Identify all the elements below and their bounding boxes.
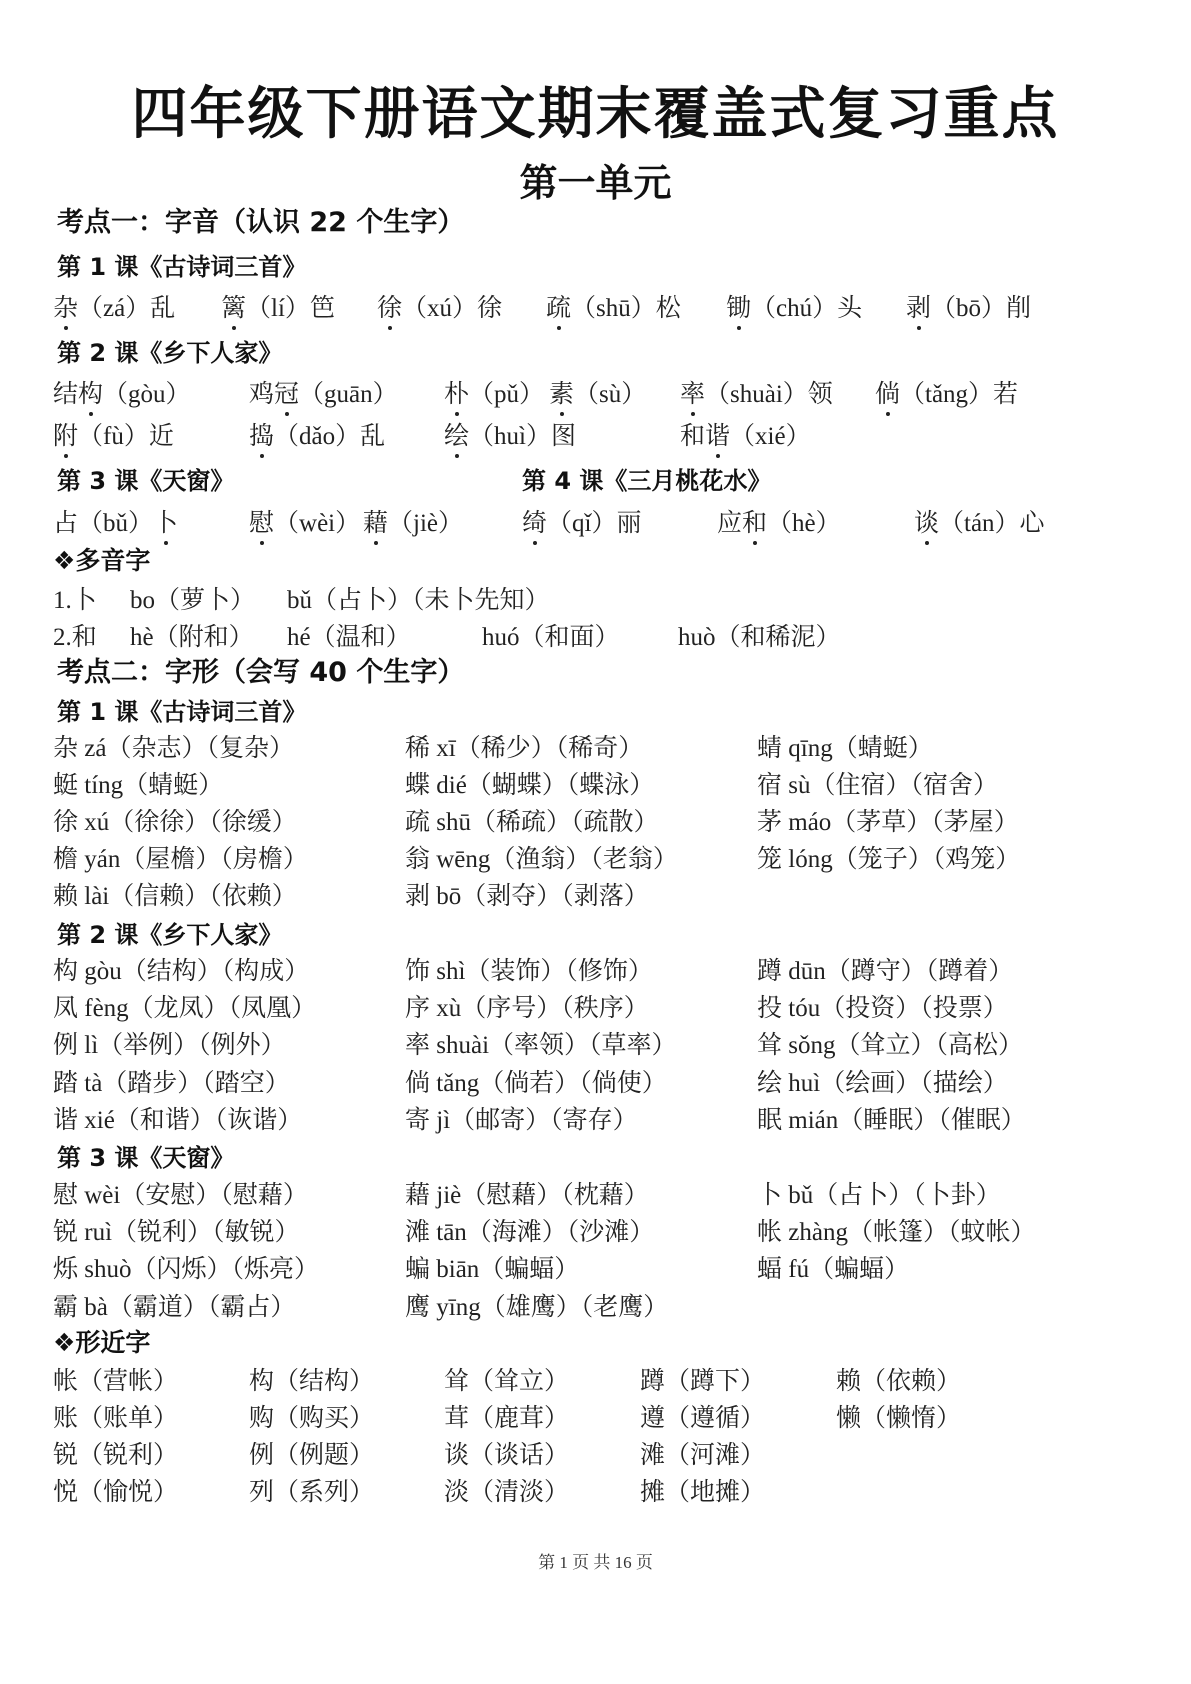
writing-item: 谐 xié（和谐）（诙谐） [53, 1100, 302, 1136]
page-title: 四年级下册语文期末覆盖式复习重点 [0, 70, 1191, 150]
similar-item: 构（结构） [249, 1361, 374, 1397]
reading-item: 结构（gòu） [53, 374, 191, 410]
kaodian1-heading: 考点一：字音（认识 22 个生字） [57, 200, 464, 239]
k2-lesson3-title: 第 3 课《天窗》 [57, 1138, 234, 1173]
reading-item: 锄（chú）头 [726, 288, 862, 324]
similar-item: 锐（锐利） [53, 1435, 178, 1471]
similar-item: 购（购买） [249, 1398, 374, 1434]
writing-item: 倘 tǎng（倘若）（倘使） [405, 1063, 667, 1099]
writing-item: 锐 ruì（锐利）（敏锐） [53, 1212, 300, 1248]
writing-item: 霸 bà（霸道）（霸占） [53, 1287, 295, 1323]
similar-item: 摊（地摊） [640, 1472, 765, 1508]
polyphone-reading: huò（和稀泥） [678, 617, 841, 653]
writing-item: 笼 lóng（笼子）（鸡笼） [757, 839, 1020, 875]
writing-item: 眠 mián（睡眠）（催眠） [757, 1100, 1026, 1136]
similar-item: 茸（鹿茸） [444, 1398, 569, 1434]
reading-item: 徐（xú）徐 [377, 288, 502, 324]
similar-item: 淡（清淡） [444, 1472, 569, 1508]
writing-item: 蜻 qīng（蜻蜓） [757, 728, 933, 764]
reading-item: 篱（lí）笆 [221, 288, 335, 324]
reading-item: 应和（hè） [717, 503, 841, 539]
writing-item: 踏 tà（踏步）（踏空） [53, 1063, 290, 1099]
k1-lesson2-title: 第 2 课《乡下人家》 [57, 333, 282, 368]
polyphone-reading: huó（和面） [482, 617, 620, 653]
writing-item: 檐 yán（屋檐）（房檐） [53, 839, 308, 875]
polyphone-reading: hé（温和） [287, 617, 411, 653]
reading-item: 捣（dǎo）乱 [249, 416, 385, 452]
writing-item: 宿 sù（住宿）（宿舍） [757, 765, 998, 801]
similar-item: 赖（依赖） [836, 1361, 961, 1397]
similar-item: 列（系列） [249, 1472, 374, 1508]
reading-item: 剥（bō）削 [906, 288, 1031, 324]
unit-heading: 第一单元 [0, 152, 1191, 207]
reading-item: 谈（tán）心 [914, 503, 1045, 539]
writing-item: 翁 wēng（渔翁）（老翁） [405, 839, 678, 875]
document-page: 四年级下册语文期末覆盖式复习重点 第一单元 考点一：字音（认识 22 个生字） … [0, 0, 1191, 1684]
writing-item: 耸 sǒng（耸立）（高松） [757, 1025, 1023, 1061]
reading-item: 绮（qǐ）丽 [522, 503, 641, 539]
writing-item: 茅 máo（茅草）（茅屋） [757, 802, 1019, 838]
writing-item: 疏 shū（稀疏）（疏散） [405, 802, 658, 838]
polyphone-char: 2.和 [53, 617, 97, 653]
reading-item: 占（bǔ）卜 [53, 503, 178, 539]
similar-item: 例（例题） [249, 1435, 374, 1471]
writing-item: 烁 shuò（闪烁）（烁亮） [53, 1249, 319, 1285]
k2-lesson2-title: 第 2 课《乡下人家》 [57, 915, 282, 950]
reading-item: 杂（zá）乱 [53, 288, 175, 324]
writing-item: 寄 jì（邮寄）（寄存） [405, 1100, 638, 1136]
writing-item: 率 shuài（率领）（草率） [405, 1025, 677, 1061]
writing-item: 蜓 tíng（蜻蜓） [53, 765, 223, 801]
polyphone-heading: ❖多音字 [53, 541, 150, 577]
writing-item: 投 tóu（投资）（投票） [757, 988, 1008, 1024]
k1-lesson3-title: 第 3 课《天窗》 [57, 461, 234, 496]
writing-item: 鹰 yīng（雄鹰）（老鹰） [405, 1287, 668, 1323]
writing-item: 滩 tān（海滩）（沙滩） [405, 1212, 654, 1248]
reading-item: 慰（wèi） [249, 503, 360, 539]
k2-lesson1-title: 第 1 课《古诗词三首》 [57, 692, 306, 727]
similar-item: 遵（遵循） [640, 1398, 765, 1434]
polyphone-reading: bǔ（占卜）（未卜先知） [287, 580, 550, 616]
similar-item: 耸（耸立） [444, 1361, 569, 1397]
writing-item: 帐 zhàng（帐篷）（蚊帐） [757, 1212, 1035, 1248]
polyphone-char: 1.卜 [53, 580, 97, 616]
similar-item: 账（账单） [53, 1398, 178, 1434]
writing-item: 稀 xī（稀少）（稀奇） [405, 728, 643, 764]
writing-item: 徐 xú（徐徐）（徐缓） [53, 802, 297, 838]
writing-item: 构 gòu（结构）（构成） [53, 951, 309, 987]
reading-item: 藉（jiè） [363, 503, 463, 539]
similar-chars-heading: ❖形近字 [53, 1323, 150, 1359]
writing-item: 卜 bǔ（占卜）（卜卦） [757, 1175, 1001, 1211]
similar-item: 蹲（蹲下） [640, 1361, 765, 1397]
similar-item: 滩（河滩） [640, 1435, 765, 1471]
similar-item: 懒（懒惰） [836, 1398, 961, 1434]
reading-item: 鸡冠（guān） [249, 374, 398, 410]
polyphone-reading: hè（附和） [130, 617, 254, 653]
writing-item: 饰 shì（装饰）（修饰） [405, 951, 653, 987]
writing-item: 蝙 biān（蝙蝠） [405, 1249, 579, 1285]
writing-item: 杂 zá（杂志）（复杂） [53, 728, 294, 764]
writing-item: 剥 bō（剥夺）（剥落） [405, 876, 649, 912]
writing-item: 藉 jiè（慰藉）（枕藉） [405, 1175, 649, 1211]
writing-item: 蹲 dūn（蹲守）（蹲着） [757, 951, 1013, 987]
writing-item: 例 lì（举例）（例外） [53, 1025, 286, 1061]
reading-item: 和谐（xié） [680, 416, 811, 452]
writing-item: 蝠 fú（蝙蝠） [757, 1249, 909, 1285]
similar-item: 悦（愉悦） [53, 1472, 178, 1508]
reading-item: 率（shuài）领 [680, 374, 833, 410]
writing-item: 凤 fèng（龙凤）（凤凰） [53, 988, 316, 1024]
reading-item: 附（fù）近 [53, 416, 174, 452]
similar-item: 帐（营帐） [53, 1361, 178, 1397]
kaodian2-heading: 考点二：字形（会写 40 个生字） [57, 650, 464, 689]
writing-item: 赖 lài（信赖）（依赖） [53, 876, 297, 912]
reading-item: 疏（shū）松 [546, 288, 681, 324]
k1-lesson1-title: 第 1 课《古诗词三首》 [57, 247, 306, 282]
writing-item: 绘 huì（绘画）（描绘） [757, 1063, 1008, 1099]
reading-item: 素（sù） [549, 374, 646, 410]
writing-item: 慰 wèi（安慰）（慰藉） [53, 1175, 308, 1211]
writing-item: 序 xù（序号）（秩序） [405, 988, 649, 1024]
writing-item: 蝶 dié（蝴蝶）（蝶泳） [405, 765, 654, 801]
polyphone-reading: bo（萝卜） [130, 580, 255, 616]
similar-item: 谈（谈话） [444, 1435, 569, 1471]
reading-item: 绘（huì）图 [444, 416, 576, 452]
page-number: 第 1 页 共 16 页 [0, 1548, 1191, 1573]
reading-item: 朴（pǔ） [444, 374, 544, 410]
reading-item: 倘（tǎng）若 [875, 374, 1018, 410]
k1-lesson4-title: 第 4 课《三月桃花水》 [522, 461, 771, 496]
